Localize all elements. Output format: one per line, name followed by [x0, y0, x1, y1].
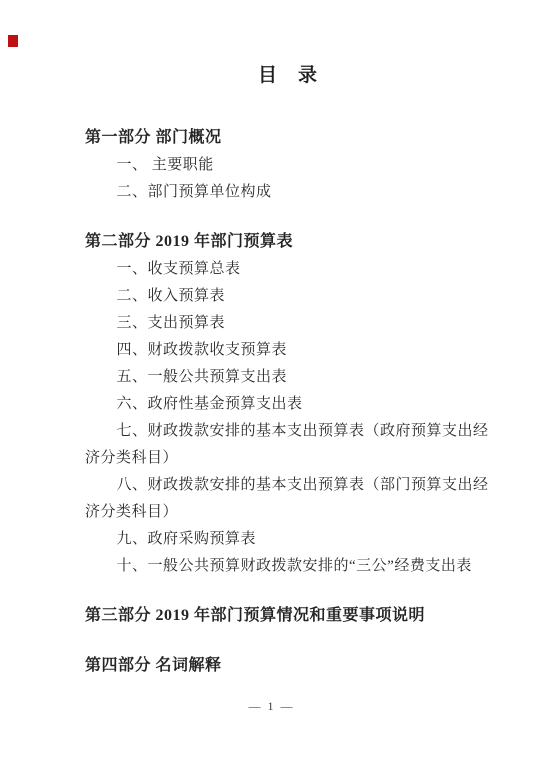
toc-item: 八、财政拨款安排的基本支出预算表（部门预算支出经 济分类科目） — [85, 472, 491, 526]
page-number: — 1 — — [249, 699, 295, 713]
toc-item: 五、一般公共预算支出表 — [85, 364, 491, 391]
section-heading: 第四部分 名词解释 — [85, 652, 491, 680]
toc-section: 第三部分 2019 年部门预算情况和重要事项说明 — [85, 602, 491, 630]
toc-item: 十、一般公共预算财政拨款安排的“三公”经费支出表 — [85, 553, 491, 580]
toc-item: 七、财政拨款安排的基本支出预算表（政府预算支出经 济分类科目） — [85, 418, 491, 472]
toc-item: 一、收支预算总表 — [85, 256, 491, 283]
toc-item: 四、财政拨款收支预算表 — [85, 337, 491, 364]
page-title: 目 录 — [85, 64, 491, 88]
toc-item: 九、政府采购预算表 — [85, 526, 491, 553]
toc-section: 第二部分 2019 年部门预算表一、收支预算总表二、收入预算表三、支出预算表四、… — [85, 228, 491, 580]
toc-section: 第四部分 名词解释 — [85, 652, 491, 680]
toc-item: 三、支出预算表 — [85, 310, 491, 337]
toc-content: 目 录 第一部分 部门概况一、 主要职能二、部门预算单位构成第二部分 2019 … — [0, 0, 543, 680]
section-heading: 第一部分 部门概况 — [85, 124, 491, 152]
toc-item: 六、政府性基金预算支出表 — [85, 391, 491, 418]
toc-item: 二、部门预算单位构成 — [85, 179, 491, 206]
toc-item: 一、 主要职能 — [85, 152, 491, 179]
toc-section: 第一部分 部门概况一、 主要职能二、部门预算单位构成 — [85, 124, 491, 206]
toc-sections: 第一部分 部门概况一、 主要职能二、部门预算单位构成第二部分 2019 年部门预… — [85, 124, 491, 680]
toc-item: 二、收入预算表 — [85, 283, 491, 310]
section-heading: 第三部分 2019 年部门预算情况和重要事项说明 — [85, 602, 491, 630]
section-heading: 第二部分 2019 年部门预算表 — [85, 228, 491, 256]
page-footer: — 1 — — [0, 697, 543, 715]
document-page: 目 录 第一部分 部门概况一、 主要职能二、部门预算单位构成第二部分 2019 … — [0, 0, 543, 768]
red-mark — [8, 35, 18, 47]
